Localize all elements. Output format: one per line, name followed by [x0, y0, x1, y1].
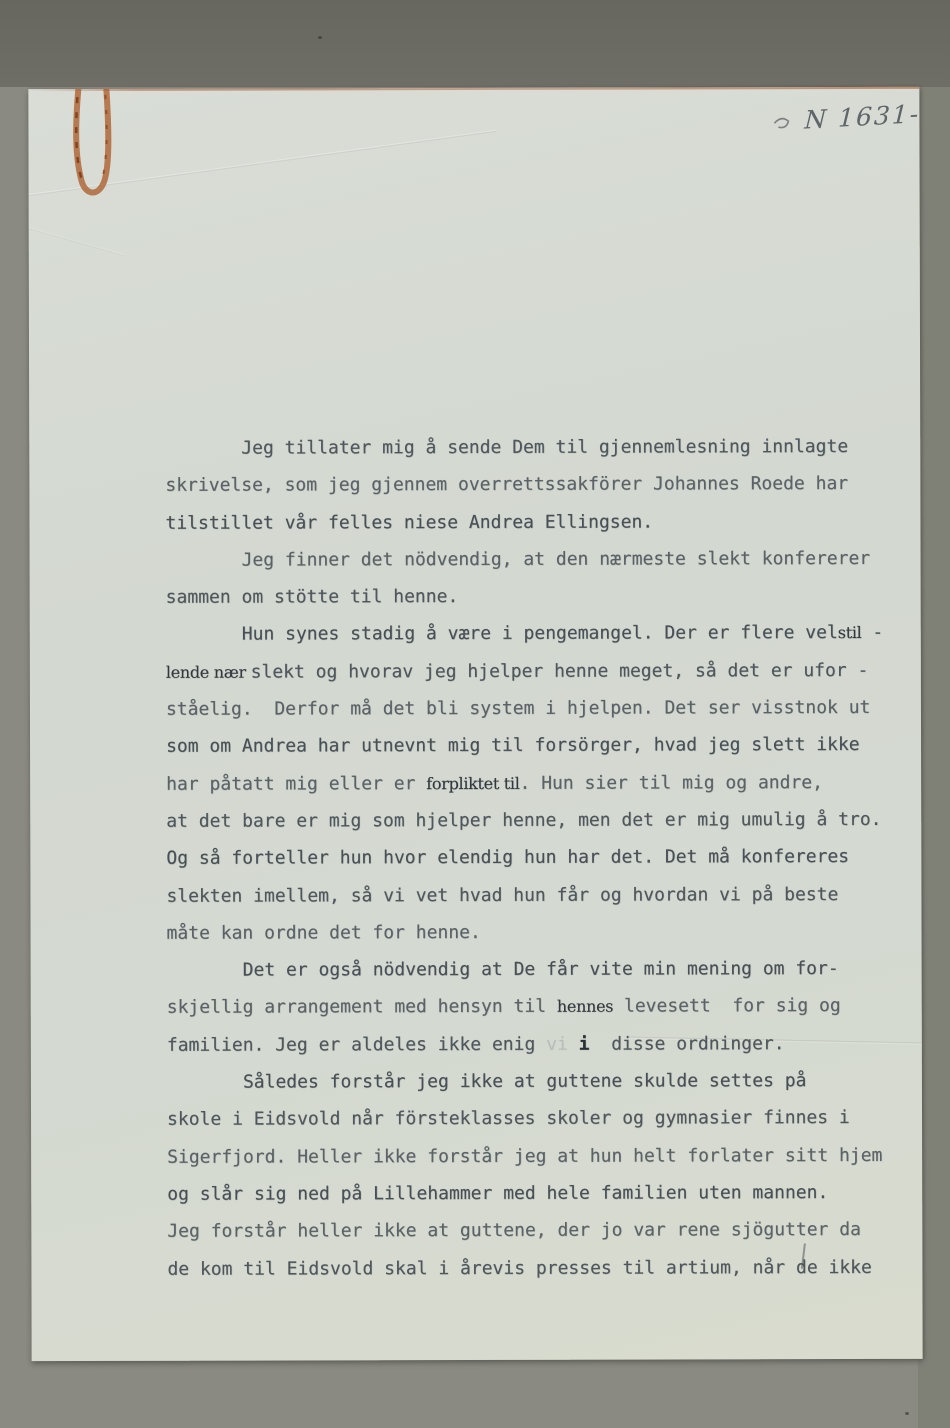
letter-page: N 1631-2 Jeg tillater mig å sende Dem ti…	[28, 87, 922, 1361]
text-line: sammen om stötte til henne.	[166, 585, 923, 624]
text-segment: familien. Jeg er aldeles ikke enig	[167, 1034, 546, 1056]
text-line: Hun synes stadig å være i pengemangel. D…	[166, 622, 923, 661]
text-line: som om Andrea har utnevnt mig til forsör…	[166, 734, 923, 773]
text-segment: Og så forteller hun hvor elendig hun har…	[166, 846, 849, 869]
text-line: har påtatt mig eller er forpliktet til. …	[166, 771, 923, 810]
text-segment: sammen om stötte til henne.	[166, 586, 459, 608]
text-segment: Således forstår jeg ikke at guttene skul…	[243, 1070, 807, 1092]
text-segment: i	[579, 1033, 590, 1054]
text-line: de kom til Eidsvold skal i årevis presse…	[167, 1256, 922, 1295]
text-line: Sigerfjord. Heller ikke forstår jeg at h…	[167, 1144, 923, 1183]
text-segment: forpliktet til	[426, 774, 519, 793]
text-line: skjellig arrangement med hensyn til henn…	[167, 995, 923, 1034]
text-line: lende nær slekt og hvorav jeg hjelper he…	[166, 660, 923, 699]
text-segment: lende nær	[166, 662, 251, 681]
text-segment: Det er også nödvendig at De får vite min…	[243, 958, 839, 981]
red-top-edge	[28, 87, 919, 91]
text-segment: Jeg tillater mig å sende Dem til gjennem…	[241, 436, 848, 459]
text-line: ståelig. Derfor må det bli system i hjel…	[166, 697, 923, 736]
text-segment: -	[861, 622, 883, 643]
text-segment: Jeg forstår heller ikke at guttene, der …	[167, 1219, 861, 1242]
text-segment: skole i Eidsvold når försteklasses skole…	[167, 1107, 850, 1130]
background-right-band	[918, 87, 950, 1428]
text-line: familien. Jeg er aldeles ikke enig vi i …	[167, 1033, 923, 1072]
text-line: skole i Eidsvold når försteklasses skole…	[167, 1107, 923, 1146]
dust-speck	[318, 36, 322, 39]
archive-number: N 1631-2	[804, 96, 923, 134]
text-segment: og slår sig ned på Lillehammer med hele …	[167, 1182, 828, 1205]
text-line: Således forstår jeg ikke at guttene skul…	[167, 1070, 923, 1109]
pencil-squiggle-mark	[772, 113, 794, 133]
text-segment: stil	[838, 623, 862, 642]
letter-body: Jeg tillater mig å sende Dem til gjennem…	[165, 436, 922, 1296]
text-segment: har påtatt mig eller er	[166, 773, 426, 795]
text-segment: disse ordninger.	[589, 1033, 784, 1055]
text-line: Det er også nödvendig at De får vite min…	[167, 958, 923, 997]
text-segment	[568, 1033, 579, 1054]
text-segment: Jeg finner det nödvendig, at den nærmest…	[242, 548, 871, 571]
text-segment: slekt og hvorav jeg hjelper henne meget,…	[251, 660, 869, 683]
text-segment: de kom til Eidsvold skal i årevis presse…	[167, 1256, 871, 1279]
text-segment: Sigerfjord. Heller ikke forstår jeg at h…	[167, 1145, 882, 1168]
text-segment: måte kan ordne det for henne.	[167, 922, 481, 944]
text-segment: slekten imellem, så vi vet hvad hun får …	[166, 884, 838, 907]
text-line: og slår sig ned på Lillehammer med hele …	[167, 1182, 922, 1221]
text-segment: skjellig arrangement med hensyn til	[167, 996, 557, 1018]
text-line: tilstillet vår felles niese Andrea Ellin…	[165, 510, 922, 549]
text-line: måte kan ordne det for henne.	[167, 921, 923, 960]
text-segment: . Hun sier til mig og andre,	[519, 772, 822, 794]
text-segment: hennes	[557, 997, 613, 1016]
text-segment: ståelig. Derfor må det bli system i hjel…	[166, 697, 870, 720]
text-line: skrivelse, som jeg gjennem overrettssakf…	[165, 473, 922, 512]
text-line: Jeg forstår heller ikke at guttene, der …	[167, 1219, 922, 1258]
text-segment: levesett for sig og	[613, 995, 841, 1017]
rust-stain-mark	[66, 89, 118, 209]
scan-background: N 1631-2 Jeg tillater mig å sende Dem ti…	[0, 0, 950, 1428]
text-segment: Hun synes stadig å være i pengemangel. D…	[242, 623, 838, 646]
text-segment: tilstillet vår felles niese Andrea Ellin…	[165, 511, 653, 533]
text-line: at det bare er mig som hjelper henne, me…	[166, 809, 922, 848]
text-line: Jeg tillater mig å sende Dem til gjennem…	[165, 436, 922, 475]
text-segment: skrivelse, som jeg gjennem overrettssakf…	[165, 473, 848, 496]
dust-speck	[905, 1412, 909, 1415]
text-segment: vi	[546, 1034, 568, 1055]
text-line: Jeg finner det nödvendig, at den nærmest…	[166, 548, 923, 587]
crease-line	[28, 227, 125, 256]
text-segment: at det bare er mig som hjelper henne, me…	[166, 809, 881, 832]
text-line: Og så forteller hun hvor elendig hun har…	[166, 846, 922, 885]
background-top-band	[0, 0, 950, 87]
text-segment: som om Andrea har utnevnt mig til forsör…	[166, 734, 860, 757]
text-line: slekten imellem, så vi vet hvad hun får …	[166, 883, 922, 922]
